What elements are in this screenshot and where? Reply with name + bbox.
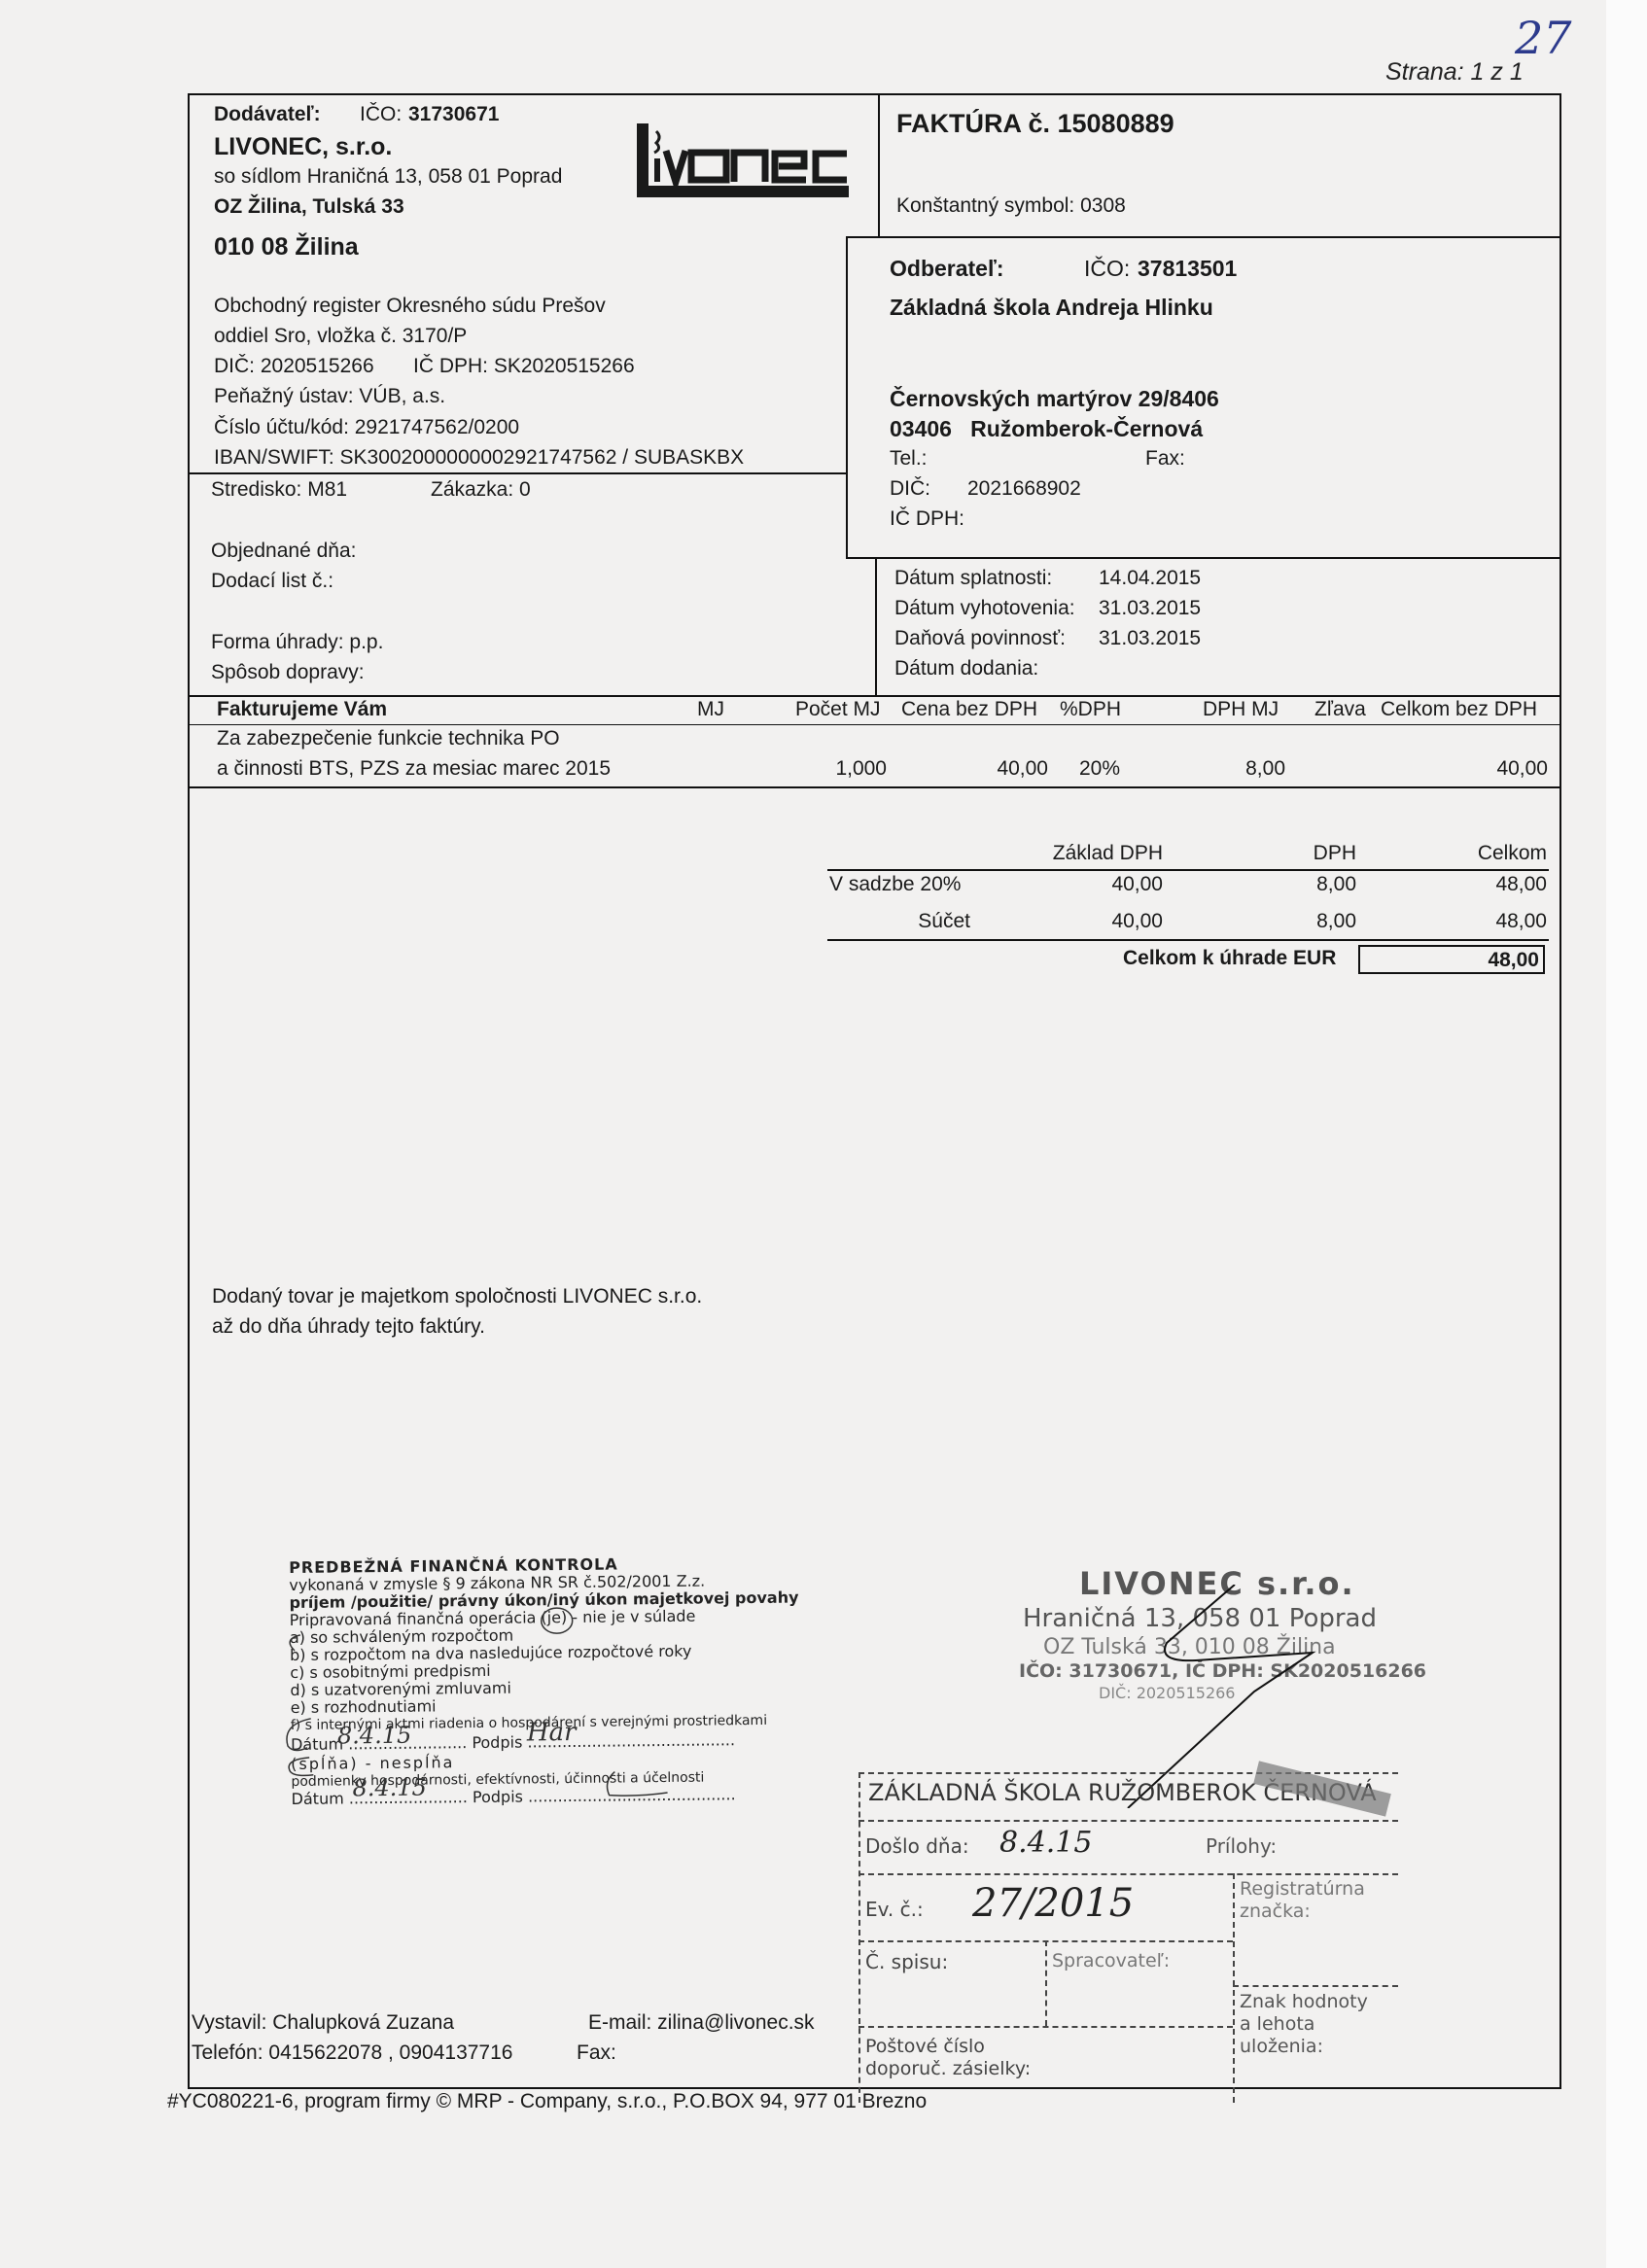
row-total: 40,00	[1400, 757, 1548, 781]
row-vat-unit: 8,00	[1167, 757, 1285, 781]
supplier-bank: Peňažný ústav: VÚB, a.s.	[214, 385, 445, 408]
invoice-box-divider	[878, 93, 880, 237]
supplier-dic: DIČ: 2020515266	[214, 355, 374, 378]
reg-value-mark-2: a lehota	[1240, 2013, 1314, 2035]
sposob-dopravy: Spôsob dopravy:	[211, 661, 365, 684]
customer-street: Černovských martýrov 29/8406	[890, 386, 1219, 412]
summary-sum-total: 48,00	[1400, 910, 1547, 933]
customer-dic: 2021668902	[967, 477, 1081, 501]
date-value-due: 14.04.2015	[1099, 567, 1201, 590]
summary-header-line	[827, 869, 1549, 871]
reg-line-6	[859, 2026, 1233, 2028]
summary-col-total: Celkom	[1400, 842, 1547, 865]
date-label-delivery: Dátum dodania:	[894, 657, 1038, 680]
col-discount: Zľava	[1314, 698, 1366, 721]
date-label-tax: Daňová povinnosť:	[894, 627, 1066, 650]
customer-label: Odberateľ:	[890, 256, 1004, 282]
customer-fax-label: Fax:	[1145, 447, 1185, 471]
row-qty: 1,000	[778, 757, 887, 781]
reg-received-value: 8.4.15	[999, 1826, 1092, 1860]
date-value-tax: 31.03.2015	[1099, 627, 1201, 650]
frame-top	[188, 93, 1561, 95]
row-vat-pct: 20%	[1079, 757, 1120, 781]
row-price: 40,00	[933, 757, 1048, 781]
supplier-ico: 31730671	[408, 103, 499, 126]
stredisko: Stredisko: M81	[211, 478, 347, 502]
customer-tel-label: Tel.:	[890, 447, 928, 471]
col-description: Fakturujeme Vám	[217, 698, 387, 721]
reg-line-top	[859, 1772, 1398, 1774]
reg-received-label: Došlo dňa:	[865, 1834, 969, 1858]
date-value-issued: 31.03.2015	[1099, 597, 1201, 620]
col-qty: Počet MJ	[795, 698, 881, 721]
items-header-bottom	[188, 724, 1561, 725]
supplier-register-1: Obchodný register Okresného súdu Prešov	[214, 295, 606, 318]
customer-box-left	[846, 236, 848, 559]
scan-edge	[1606, 0, 1647, 2268]
reg-ev-value: 27/2015	[972, 1881, 1134, 1926]
summary-sum-label: Súčet	[829, 910, 970, 933]
reg-postal-1: Poštové číslo	[865, 2036, 985, 2057]
col-vat-pct: %DPH	[1060, 698, 1121, 721]
frame-left	[188, 93, 190, 2089]
col-price: Cena bez DPH	[901, 698, 1037, 721]
summary-row-label: V sadzbe 20%	[829, 873, 961, 896]
customer-city: 03406 Ružomberok-Černová	[890, 416, 1203, 442]
supplier-account: Číslo účtu/kód: 2921747562/0200	[214, 416, 519, 439]
customer-ico-label: IČO:	[1084, 256, 1130, 282]
reg-line-5	[1233, 1985, 1398, 1987]
reg-processor-label: Spracovateľ:	[1052, 1950, 1170, 1971]
objednane-dna: Objednané dňa:	[211, 540, 356, 563]
supplier-name: LIVONEC, s.r.o.	[214, 133, 392, 161]
col-total: Celkom bez DPH	[1381, 698, 1537, 721]
signature-stroke	[1089, 1585, 1381, 1808]
row-description-2: a činnosti BTS, PZS za mesiac marec 2015	[217, 757, 611, 781]
customer-ico: 37813501	[1138, 256, 1237, 282]
reg-mark-label-1: Registratúrna	[1240, 1878, 1365, 1900]
customer-box-top	[846, 236, 1561, 238]
supplier-address: so sídlom Hraničná 13, 058 01 Poprad	[214, 165, 562, 189]
reg-attachments-label: Prílohy:	[1206, 1834, 1277, 1858]
livonec-logo	[637, 123, 849, 197]
col-mj: MJ	[697, 698, 724, 721]
summary-row-base: 40,00	[972, 873, 1163, 896]
issuer-phone: Telefón: 0415622078 , 0904137716	[192, 2041, 512, 2065]
customer-name: Základná škola Andreja Hlinku	[890, 295, 1213, 321]
reg-mark-label-2: značka:	[1240, 1901, 1311, 1922]
frame-right	[1559, 93, 1561, 2089]
date-label-due: Dátum splatnosti:	[894, 567, 1052, 590]
reg-line-2	[859, 1873, 1398, 1875]
supplier-box-bottom	[188, 472, 846, 474]
issuer-fax: Fax:	[577, 2041, 616, 2065]
dodaci-list: Dodací list č.:	[211, 570, 333, 593]
issuer-email: E-mail: zilina@livonec.sk	[588, 2011, 815, 2035]
dates-box-divider	[875, 557, 877, 696]
supplier-label: Dodávateľ:	[214, 103, 321, 126]
reg-line-mid	[1233, 1873, 1235, 2103]
constant-symbol: Konštantný symbol: 0308	[896, 194, 1126, 218]
page-number: Strana: 1 z 1	[1385, 58, 1524, 87]
row-description-1: Za zabezpečenie funkcie technika PO	[217, 727, 560, 750]
grand-total-value: 48,00	[1358, 945, 1545, 974]
ownership-note-1: Dodaný tovar je majetkom spoločnosti LIV…	[212, 1285, 702, 1308]
supplier-branch-city: 010 08 Žilina	[214, 233, 359, 262]
handwritten-page-mark: 27	[1515, 12, 1572, 64]
supplier-iban: IBAN/SWIFT: SK3002000000002921747562 / S…	[214, 446, 744, 470]
summary-sum-base: 40,00	[972, 910, 1163, 933]
ownership-note-2: až do dňa úhrady tejto faktúry.	[212, 1315, 485, 1339]
supplier-register-2: oddiel Sro, vložka č. 3170/P	[214, 325, 467, 348]
pencil-marks	[273, 1599, 761, 1818]
customer-dic-label: DIČ:	[890, 477, 930, 501]
summary-total-line	[827, 939, 1549, 941]
reg-line-4	[1045, 1940, 1047, 2026]
zakazka: Zákazka: 0	[431, 478, 531, 502]
supplier-ico-label: IČO:	[360, 103, 402, 126]
summary-row-vat: 8,00	[1196, 873, 1356, 896]
supplier-ic-dph: IČ DPH: SK2020515266	[413, 355, 635, 378]
reg-postal-2: doporuč. zásielky:	[865, 2058, 1031, 2079]
reg-file-no-label: Č. spisu:	[865, 1950, 948, 1973]
col-vat-unit: DPH MJ	[1203, 698, 1279, 721]
issued-by: Vystavil: Chalupková Zuzana	[192, 2011, 454, 2035]
reg-ev-label: Ev. č.:	[865, 1898, 924, 1921]
invoice-title: FAKTÚRA č. 15080889	[896, 109, 1174, 139]
customer-box-bottom	[846, 557, 1561, 559]
items-header-top	[188, 695, 1561, 697]
reg-line-1	[859, 1820, 1398, 1822]
grand-total-label: Celkom k úhrade EUR	[1123, 947, 1336, 970]
footer-program-info: #YC080221-6, program firmy © MRP - Compa…	[167, 2090, 927, 2113]
forma-uhrady: Forma úhrady: p.p.	[211, 631, 383, 654]
summary-col-vat: DPH	[1196, 842, 1356, 865]
summary-row-total: 48,00	[1400, 873, 1547, 896]
date-label-issued: Dátum vyhotovenia:	[894, 597, 1075, 620]
reg-line-left	[859, 1772, 860, 2103]
items-body-bottom	[188, 786, 1561, 788]
supplier-branch: OZ Žilina, Tulská 33	[214, 195, 404, 219]
frame-bottom	[188, 2087, 1561, 2089]
summary-sum-vat: 8,00	[1196, 910, 1356, 933]
reg-value-mark-3: uloženia:	[1240, 2036, 1323, 2057]
customer-ic-dph-label: IČ DPH:	[890, 507, 964, 531]
reg-value-mark-1: Znak hodnoty	[1240, 1991, 1368, 2012]
summary-col-base: Základ DPH	[972, 842, 1163, 865]
